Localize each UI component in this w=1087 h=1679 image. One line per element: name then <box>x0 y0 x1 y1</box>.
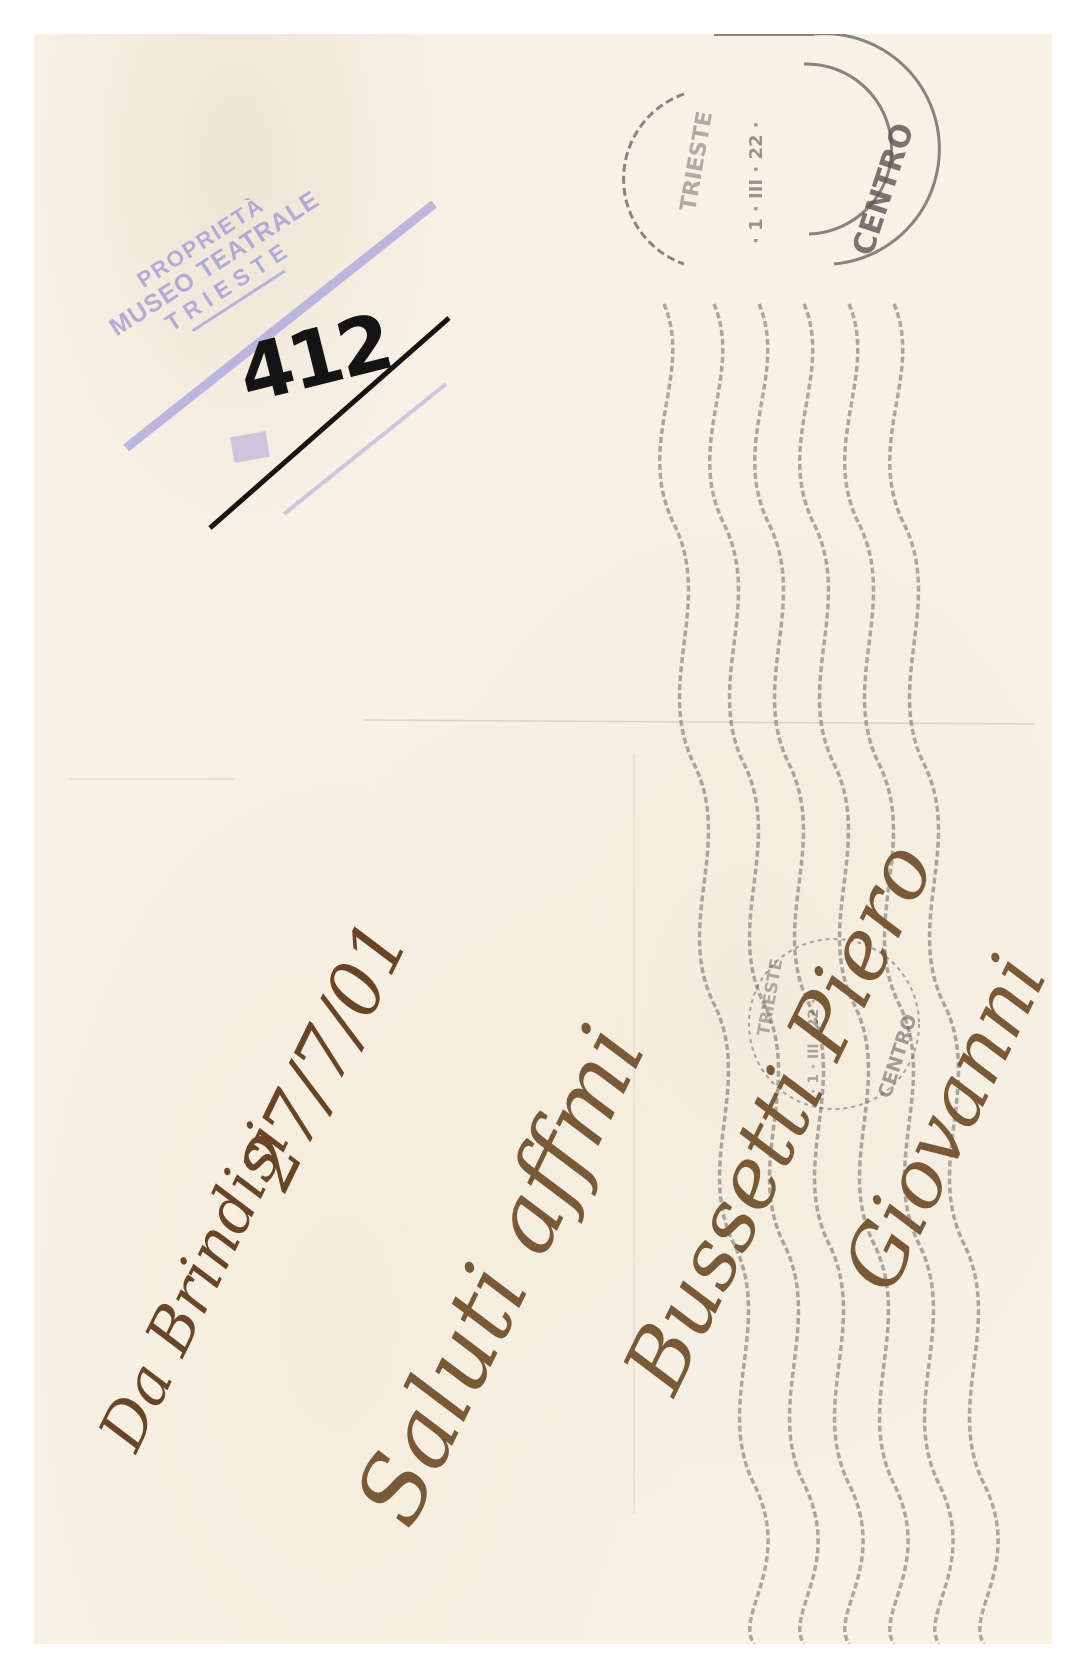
stamp-and-ink-lines <box>34 34 1052 1644</box>
postcard-back: TRIESTE CENTRO · 1 · III · 22 · TRIESTE … <box>34 34 1052 1644</box>
